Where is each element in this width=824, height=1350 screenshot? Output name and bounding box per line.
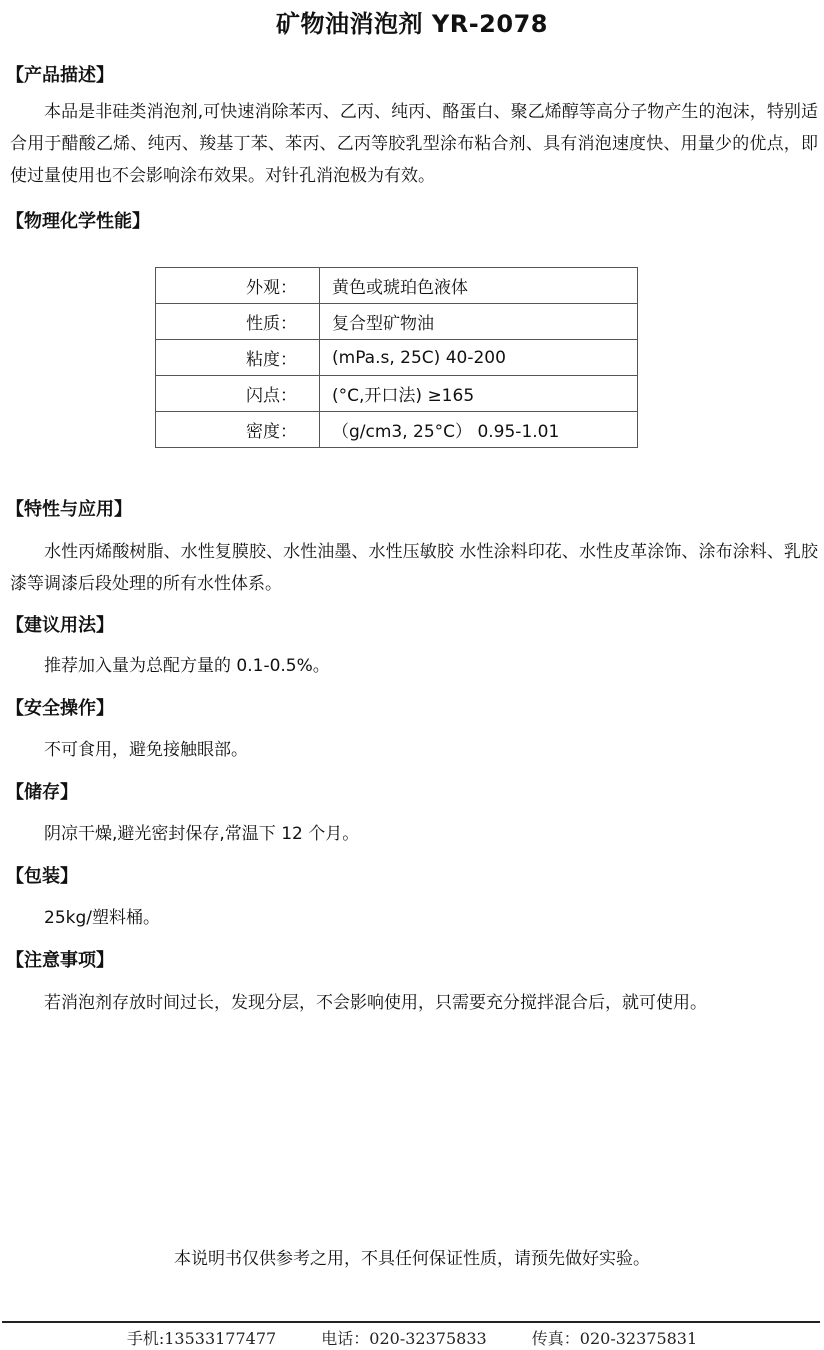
fax-number: 传真：020-32375831: [532, 1329, 697, 1348]
table-row: 外观： 黄色或琥珀色液体: [156, 268, 638, 304]
heading-notes: 【注意事项】: [6, 949, 114, 973]
packaging-text: 25kg/塑料桶。: [44, 906, 160, 930]
property-key: 密度：: [156, 412, 320, 448]
property-key: 闪点：: [156, 376, 320, 412]
property-value: 黄色或琥珀色液体: [320, 268, 638, 304]
table-row: 密度： （g/cm3, 25°C） 0.95-1.01: [156, 412, 638, 448]
footer-divider: [2, 1321, 820, 1323]
notes-text: 若消泡剂存放时间过长，发现分层，不会影响使用，只需要充分搅拌混合后，就可使用。: [44, 991, 707, 1015]
description-text: 本品是非硅类消泡剂,可快速消除苯丙、乙丙、纯丙、酪蛋白、聚乙烯醇等高分子物产生的…: [10, 96, 818, 192]
property-value: 复合型矿物油: [320, 304, 638, 340]
property-key: 粘度：: [156, 340, 320, 376]
heading-safety: 【安全操作】: [6, 697, 114, 721]
storage-text: 阴凉干燥,避光密封保存,常温下 12 个月。: [44, 822, 359, 846]
heading-storage: 【储存】: [6, 781, 78, 805]
property-key: 外观：: [156, 268, 320, 304]
heading-applications: 【特性与应用】: [6, 498, 132, 522]
phone-number: 电话：020-32375833: [321, 1329, 486, 1348]
mobile-number: 手机:13533177477: [127, 1329, 276, 1348]
property-value: （g/cm3, 25°C） 0.95-1.01: [320, 412, 638, 448]
heading-usage: 【建议用法】: [6, 614, 114, 638]
safety-text: 不可食用，避免接触眼部。: [44, 738, 248, 762]
property-value: (°C,开口法) ≥165: [320, 376, 638, 412]
document-title: 矿物油消泡剂 YR-2078: [0, 4, 824, 39]
table-row: 性质： 复合型矿物油: [156, 304, 638, 340]
table-row: 闪点： (°C,开口法) ≥165: [156, 376, 638, 412]
disclaimer: 本说明书仅供参考之用，不具任何保证性质，请预先做好实验。: [0, 1244, 824, 1269]
heading-properties: 【物理化学性能】: [6, 210, 150, 234]
property-key: 性质：: [156, 304, 320, 340]
property-value: (mPa.s, 25C) 40-200: [320, 340, 638, 376]
properties-table: 外观： 黄色或琥珀色液体 性质： 复合型矿物油 粘度： (mPa.s, 25C)…: [155, 267, 638, 448]
heading-packaging: 【包装】: [6, 865, 78, 889]
table-row: 粘度： (mPa.s, 25C) 40-200: [156, 340, 638, 376]
applications-text: 水性丙烯酸树脂、水性复膜胶、水性油墨、水性压敏胶 水性涂料印花、水性皮革涂饰、涂…: [10, 536, 818, 600]
contact-footer: 手机:13533177477 电话：020-32375833 传真：020-32…: [0, 1326, 824, 1349]
heading-description: 【产品描述】: [6, 64, 114, 88]
usage-text: 推荐加入量为总配方量的 0.1-0.5%。: [44, 654, 330, 678]
